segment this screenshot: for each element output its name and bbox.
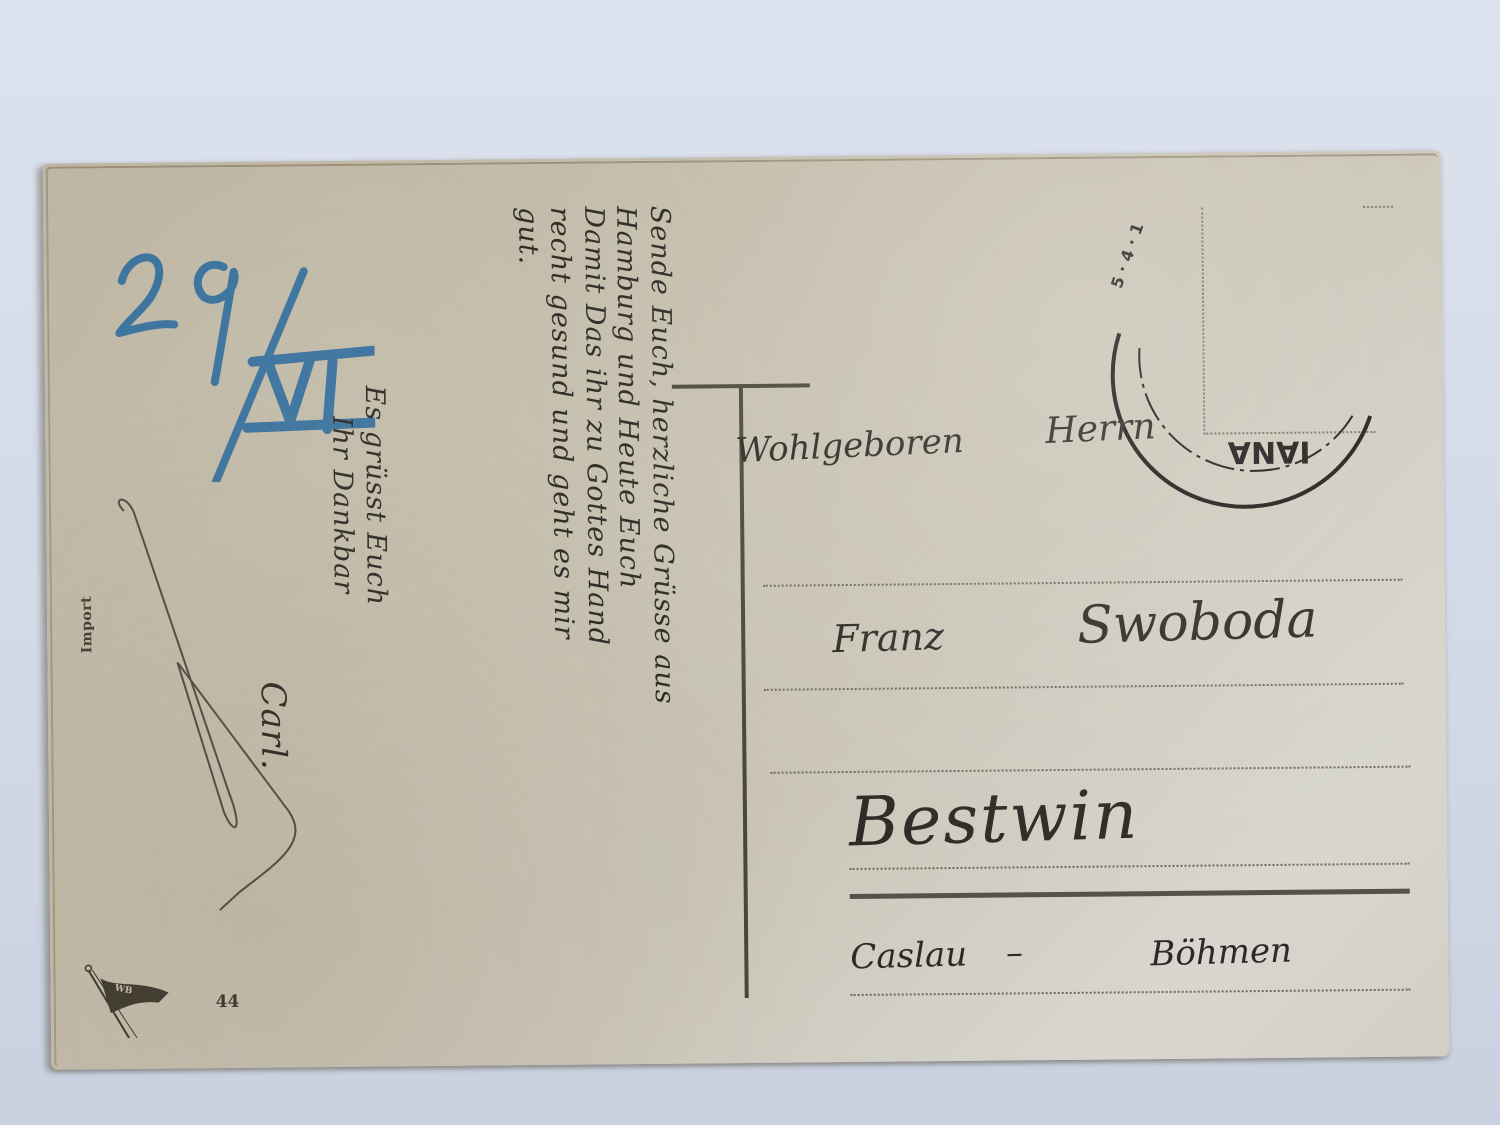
address-last-name: Swoboda xyxy=(1076,589,1318,655)
address-rule xyxy=(764,683,1404,691)
svg-text:IANA: IANA xyxy=(1227,434,1311,470)
divider-vertical xyxy=(739,386,749,998)
address-rule xyxy=(849,863,1409,870)
import-label: Import xyxy=(79,596,96,653)
district-separator: – xyxy=(1005,933,1023,973)
address-rule xyxy=(851,989,1411,996)
svg-text:5 · 4 · 1: 5 · 4 · 1 xyxy=(1107,220,1148,290)
message-line: Ihr Dankbar xyxy=(326,416,359,595)
address-town: Bestwin xyxy=(848,776,1140,863)
postmark: IANA 5 · 4 · 1 xyxy=(1098,211,1401,514)
address-first-name: Franz xyxy=(832,614,945,661)
message-line: gut. xyxy=(512,207,544,265)
postcard-back: Sende Euch, herzliche Grüsse aus Hamburg… xyxy=(43,150,1450,1069)
address-salutation: Herrn xyxy=(1044,406,1156,452)
stamp-box-corner xyxy=(1363,206,1393,208)
address-rule xyxy=(771,766,1411,774)
publisher-flag-icon xyxy=(80,958,171,1039)
address-district: Caslau – xyxy=(850,933,1024,978)
address-region: Böhmen xyxy=(1150,931,1293,975)
message-line: Damit Das ihr zu Gottes Hand xyxy=(578,206,613,646)
district-name: Caslau xyxy=(850,934,968,977)
address-rule-bold xyxy=(850,889,1410,899)
message-line: Hamburg und Heute Euch xyxy=(610,206,645,590)
card-number: 44 xyxy=(216,992,240,1012)
message-line: Es grüsst Euch xyxy=(359,385,392,606)
address-rule xyxy=(763,579,1403,587)
message-line: Sende Euch, herzliche Grüsse aus xyxy=(644,206,680,705)
address-title: Wohlgeboren xyxy=(735,421,965,471)
message-line: recht gesund und geht es mir xyxy=(544,207,579,640)
signature-flourish xyxy=(116,491,320,913)
